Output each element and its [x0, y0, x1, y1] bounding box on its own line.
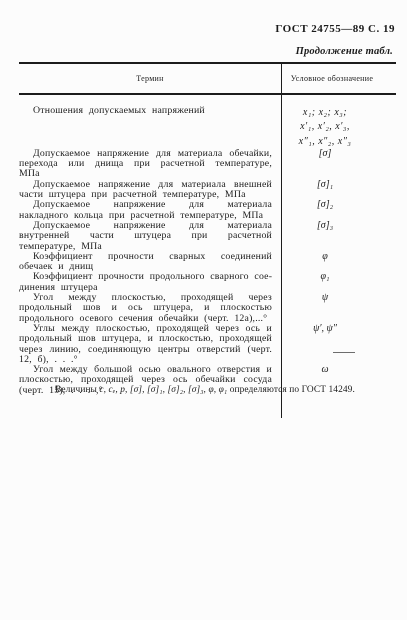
designation-cell: φ₁ — [282, 272, 396, 293]
table-row: Отношения допускаемых напряжений х₁; х₂;… — [19, 95, 396, 149]
term-cell: Допускаемое напряжение для материала обе… — [19, 149, 282, 180]
table-row: Углы между плоскостью, проходящей через … — [19, 324, 396, 365]
designation-text: ψ — [322, 292, 328, 303]
designation-cell: [σ] — [282, 149, 396, 180]
designation-cell: [σ]₁ — [282, 180, 396, 201]
terms-table: Термин Условное обозначение Отношения до… — [19, 62, 396, 418]
term-text: Допускаемое напряжение для материала обе… — [19, 149, 272, 180]
term-cell: Допускаемое напряжение для материала вне… — [19, 180, 282, 201]
term-text: Допускаемое напряжение для материала вне… — [19, 180, 272, 201]
designation-line: х₁; х₂; х₃; — [282, 106, 368, 120]
term-text: Допускаемое напряжение для материала нак… — [19, 200, 272, 221]
designation-cell: ψ — [282, 293, 396, 324]
designation-text: [σ] — [319, 148, 332, 159]
designation-line: х″₁, х″₂, х″₃ — [282, 135, 368, 149]
table-row: Допускаемое напряжение для материала вну… — [19, 221, 396, 252]
designation-cell: ψ′, ψ″ — [282, 324, 396, 365]
designation-text: φ — [322, 251, 328, 262]
term-text: Угол между плоскостью, проходящей через … — [19, 293, 272, 324]
document-page: ГОСТ 24755—89 С. 19 Продолжение табл. Те… — [0, 0, 407, 620]
table-row: Коэффициент прочности сварных соединений… — [19, 252, 396, 273]
term-cell: Допускаемое напряжение для материала нак… — [19, 200, 282, 221]
continuation-label: Продолжение табл. — [296, 46, 393, 57]
table-row: Допускаемое напряжение для материала вне… — [19, 180, 396, 201]
table-row: Допускаемое напряжение для материала нак… — [19, 200, 396, 221]
table-header-row: Термин Условное обозначение — [19, 64, 396, 95]
scan-artifact-dash — [333, 352, 355, 353]
table-body: Отношения допускаемых напряжений х₁; х₂;… — [19, 95, 396, 418]
designation-text: φ₁ — [320, 271, 329, 282]
doc-reference: ГОСТ 24755—89 С. 19 — [275, 23, 395, 35]
footer-note-prefix: Величины — [55, 385, 99, 395]
term-cell: Коэффициент прочности продольного сварно… — [19, 272, 282, 293]
column-header-designation: Условное обозначение — [282, 64, 396, 93]
designation-text: [σ]₃ — [317, 220, 333, 231]
footer-note-suffix: определяются по ГОСТ 14249. — [227, 385, 355, 395]
table-row: Угол между плоскостью, проходящей через … — [19, 293, 396, 324]
term-cell: Отношения допускаемых напряжений — [19, 95, 282, 149]
term-cell: Угол между плоскостью, проходящей через … — [19, 293, 282, 324]
designation-line: х′₁, х′₂, х′₃, — [282, 120, 368, 134]
footer-note-variables: с, сₑ, р, [σ], [σ]₁, [σ]₂, [σ]₃, φ, φ₁ — [99, 385, 227, 395]
term-cell: Коэффициент прочности сварных соединений… — [19, 252, 282, 273]
designation-text: ψ′, ψ″ — [313, 323, 337, 334]
designation-cell: [σ]₂ — [282, 200, 396, 221]
designation-cell: х₁; х₂; х₃; х′₁, х′₂, х′₃, х″₁, х″₂, х″₃ — [282, 95, 396, 149]
term-text: Углы между плоскостью, проходящей через … — [19, 324, 272, 365]
designation-text: ω — [321, 364, 328, 375]
term-text: Коэффициент прочности продольного сварно… — [19, 272, 272, 293]
term-text: Коэффициент прочности сварных соединений… — [19, 252, 272, 273]
designation-text: [σ]₁ — [317, 179, 333, 190]
term-cell: Допускаемое напряжение для материала вну… — [19, 221, 282, 252]
designation-cell: φ — [282, 252, 396, 273]
designation-cell: [σ]₃ — [282, 221, 396, 252]
term-cell: Углы между плоскостью, проходящей через … — [19, 324, 282, 365]
footer-note: Величины с, сₑ, р, [σ], [σ]₁, [σ]₂, [σ]₃… — [19, 385, 396, 396]
column-header-term: Термин — [19, 64, 282, 93]
designation-text: [σ]₂ — [317, 199, 333, 210]
term-text: Отношения допускаемых напряжений — [19, 106, 272, 116]
term-text: Допускаемое напряжение для материала вну… — [19, 221, 272, 252]
table-row: Допускаемое напряжение для материала обе… — [19, 149, 396, 180]
table-row: Коэффициент прочности продольного сварно… — [19, 272, 396, 293]
